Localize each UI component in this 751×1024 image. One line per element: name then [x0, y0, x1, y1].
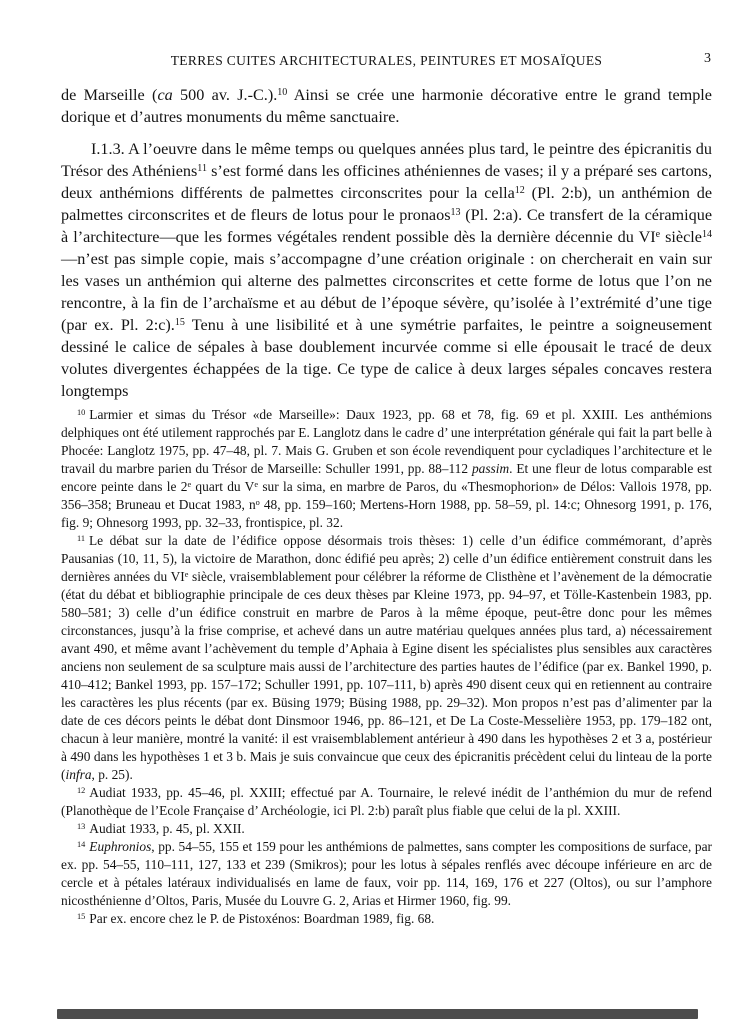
footnote: 13Audiat 1933, p. 45, pl. XXII. [61, 820, 712, 838]
footnote: 14Euphronios, pp. 54–55, 155 et 159 pour… [61, 838, 712, 910]
body-paragraph: I.1.3. A l’oeuvre dans le même temps ou … [61, 138, 712, 402]
footnote-text: Larmier et simas du Trésor «de Marseille… [61, 407, 712, 530]
footnote: 11Le débat sur la date de l’édifice oppo… [61, 532, 712, 784]
footnotes-section: 10Larmier et simas du Trésor «de Marseil… [61, 406, 712, 928]
scan-artifact-bar [57, 1009, 698, 1019]
footnote-number: 15 [77, 912, 85, 921]
footnote-text: Par ex. encore chez le P. de Pistoxénos:… [89, 911, 434, 926]
footnote-number: 11 [77, 534, 85, 543]
footnote: 15Par ex. encore chez le P. de Pistoxéno… [61, 910, 712, 928]
body-paragraph: de Marseille (ca 500 av. J.-C.).10 Ainsi… [61, 84, 712, 128]
footnote-text: Audiat 1933, pp. 45–46, pl. XXIII; effec… [61, 785, 712, 818]
footnote-number: 13 [77, 822, 85, 831]
running-head-title: TERRES CUITES ARCHITECTURALES, PEINTURES… [61, 53, 712, 69]
footnote-number: 12 [77, 786, 85, 795]
footnote: 12Audiat 1933, pp. 45–46, pl. XXIII; eff… [61, 784, 712, 820]
body-text: de Marseille (ca 500 av. J.-C.).10 Ainsi… [61, 84, 712, 402]
page-number: 3 [704, 51, 711, 67]
footnote-text: Audiat 1933, p. 45, pl. XXII. [89, 821, 244, 836]
footnote-number: 10 [77, 408, 85, 417]
footnote-text: Le débat sur la date de l’édifice oppose… [61, 533, 712, 782]
footnote-number: 14 [77, 840, 85, 849]
footnote: 10Larmier et simas du Trésor «de Marseil… [61, 406, 712, 532]
document-page: TERRES CUITES ARCHITECTURALES, PEINTURES… [0, 0, 751, 1024]
footnote-text: Euphronios, pp. 54–55, 155 et 159 pour l… [61, 839, 712, 908]
